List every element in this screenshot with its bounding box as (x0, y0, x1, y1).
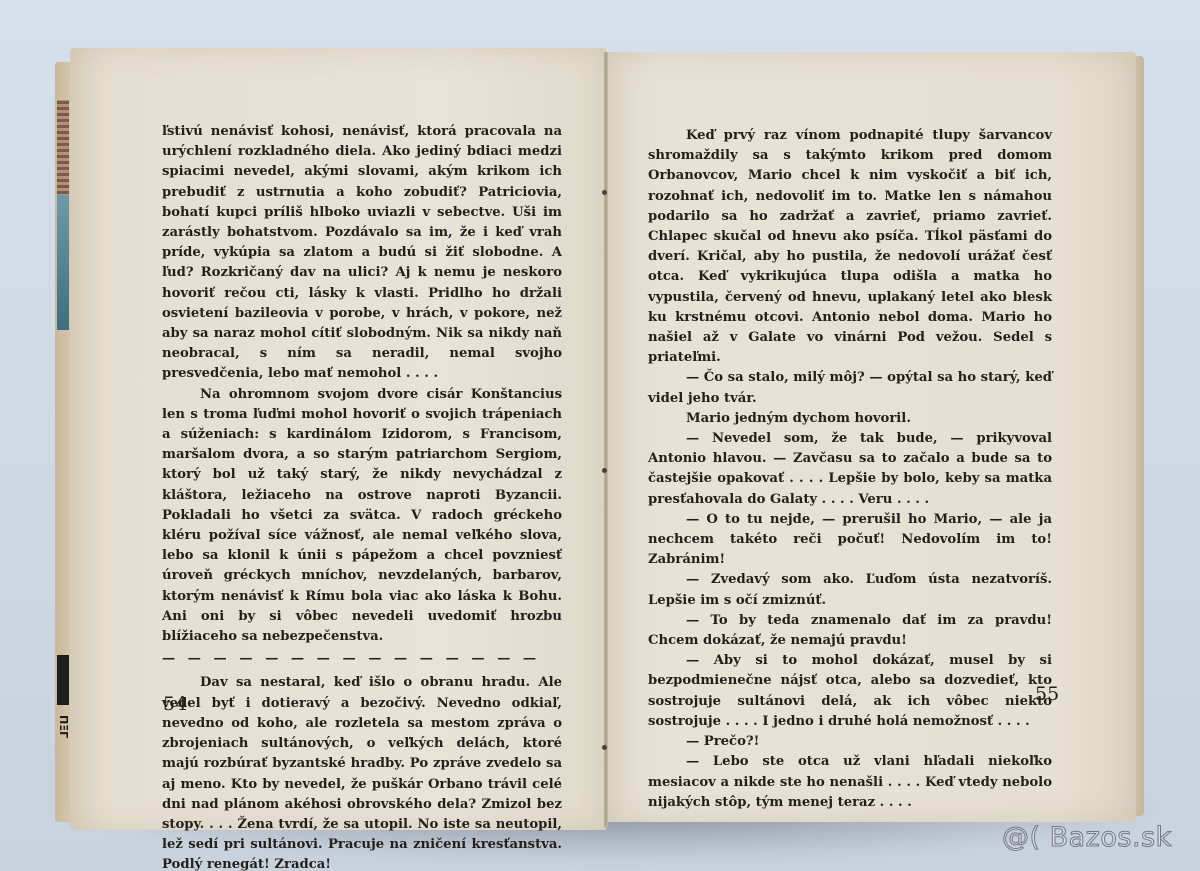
dialogue-line: — O to tu nejde, — prerušil ho Mario, — … (648, 510, 1052, 571)
cover-title-glyphs: ΠΞΓ (57, 715, 69, 780)
cover-illustration-dark (57, 655, 69, 705)
dialogue-line: — Zvedavý som ako. Ľuďom ústa nezatvoríš… (648, 570, 1052, 610)
paragraph: Keď prvý raz vínom podnapité tlupy šarva… (648, 126, 1052, 368)
dialogue-line: — To by teda znamenalo dať im za pravdu!… (648, 611, 1052, 651)
binding-stitch (602, 468, 607, 473)
dialogue-line: — Nevedel som, že tak bude, — prikyvoval… (648, 429, 1052, 510)
binding-stitch (602, 190, 607, 195)
dialogue-line: — Aby si to mohol dokázať, musel by si b… (648, 651, 1052, 732)
dialogue-line: — Prečo?! (648, 732, 1052, 752)
cover-illustration-strip (57, 100, 69, 200)
dialogue-line: — Lebo ste otca už vlani hľadali niekoľk… (648, 752, 1052, 813)
section-separator: — — — — — — — — — — — — — — — (162, 649, 562, 669)
left-page-text: ľstivú nenávisť kohosi, nenávisť, ktorá … (162, 122, 562, 871)
binding-stitch (602, 745, 607, 750)
dialogue-line: — Čo sa stalo, milý môj? — opýtal sa ho … (648, 368, 1052, 408)
paragraph: ľstivú nenávisť kohosi, nenávisť, ktorá … (162, 122, 562, 385)
cover-illustration-blue (57, 195, 69, 330)
paragraph: Na ohromnom svojom dvore cisár Konštanci… (162, 385, 562, 648)
paragraph: Mario jedným dychom hovoril. (648, 409, 1052, 429)
page-number-left: 54 (163, 693, 187, 715)
watermark: @( Bazos.sk (1002, 822, 1172, 853)
right-page-text: Keď prvý raz vínom podnapité tlupy šarva… (648, 126, 1052, 813)
paragraph: Dav sa nestaral, keď išlo o obranu hradu… (162, 673, 562, 871)
page-number-right: 55 (1035, 683, 1059, 705)
book-gutter (604, 52, 608, 827)
